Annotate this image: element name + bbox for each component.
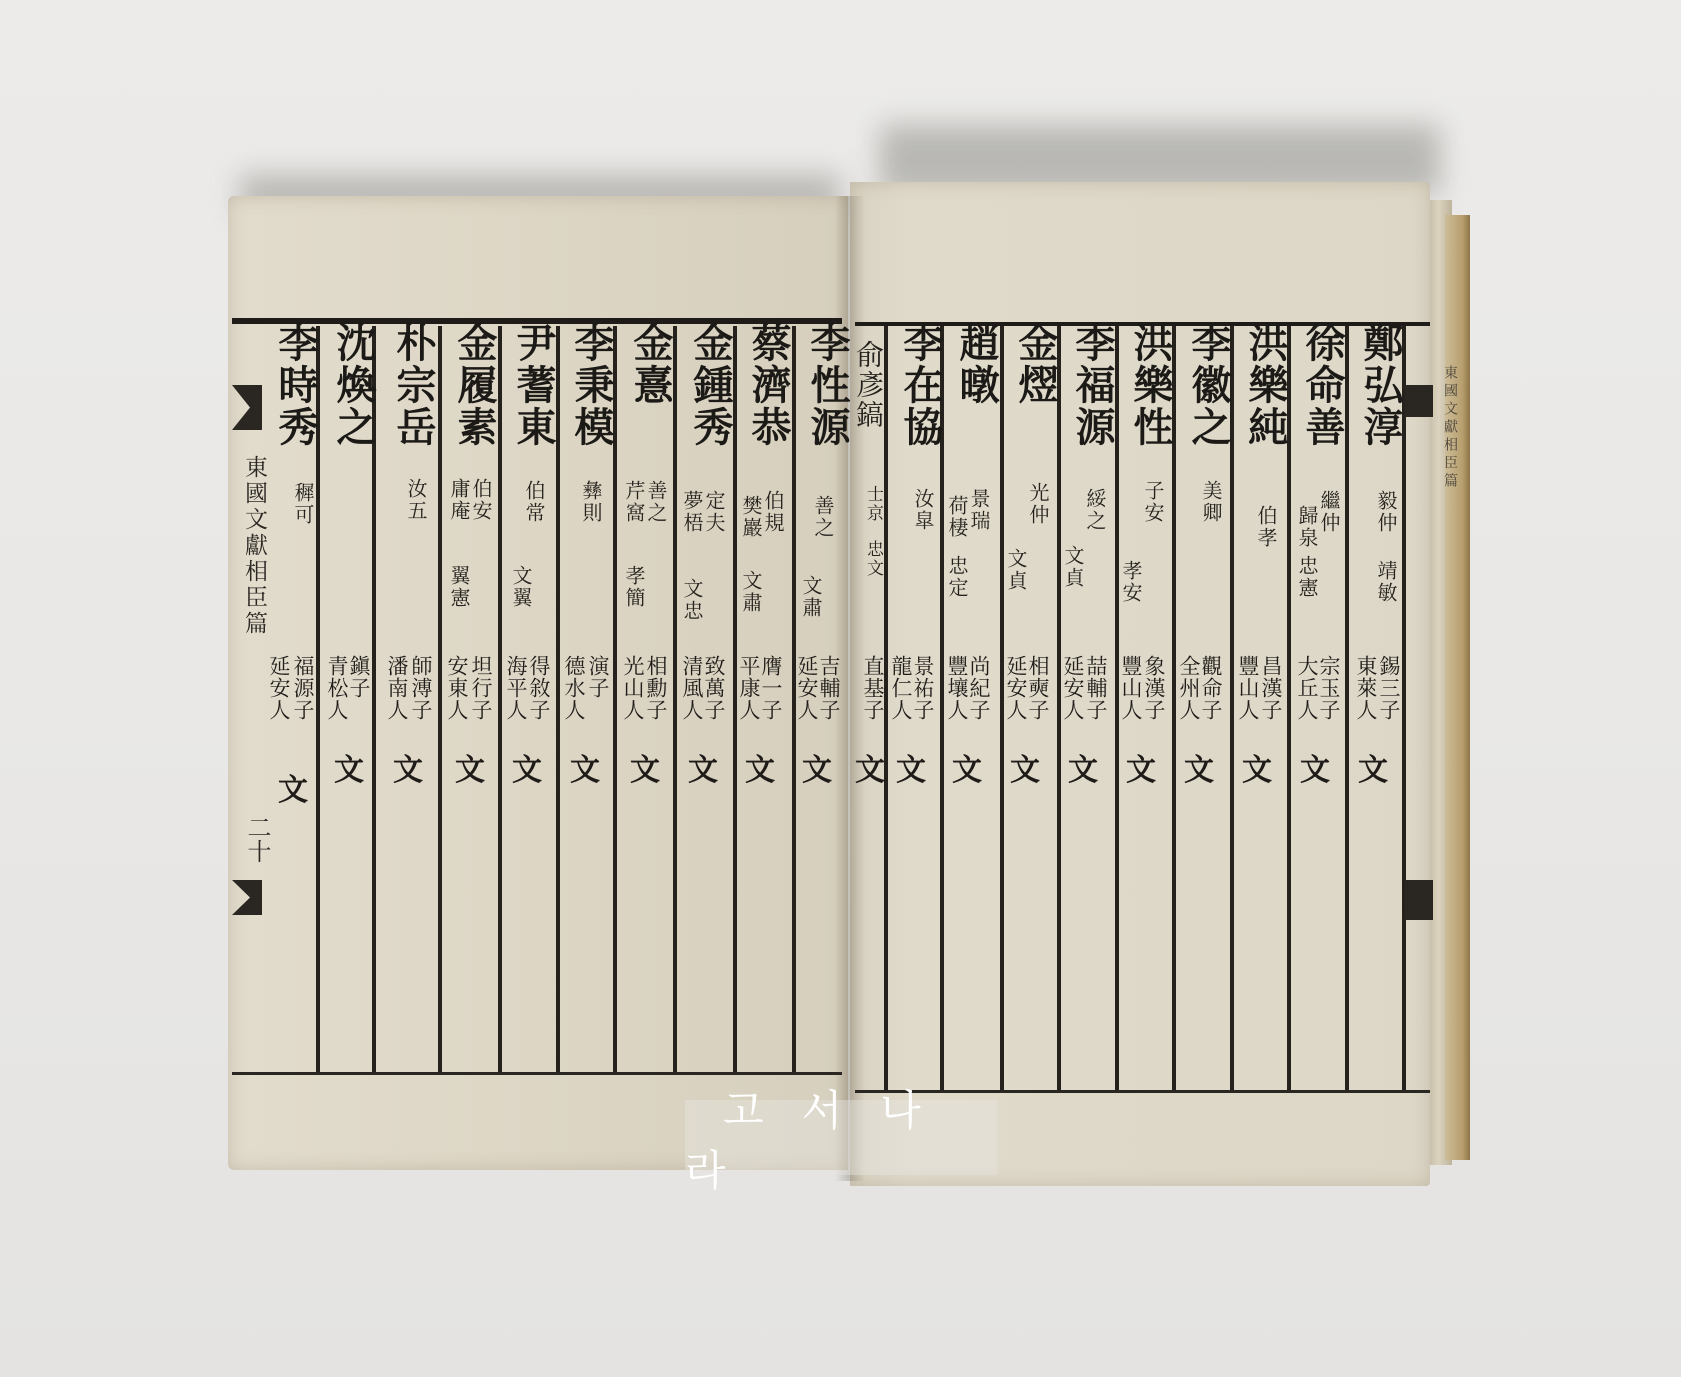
entry-origin: 延安人 <box>268 655 290 721</box>
entry-exam: 文 <box>1068 745 1098 789</box>
entry-note: 尚紀子 <box>968 655 990 721</box>
entry-exam: 文 <box>1242 745 1272 789</box>
entry-courtesy: 彝則 <box>580 480 602 524</box>
entry-pen-name: 樊巖 <box>740 495 762 539</box>
entry-note: 觀命子 <box>1200 655 1222 721</box>
entry-name: 朴宗岳 <box>383 322 441 448</box>
entry-note: 吉輔子 <box>818 655 840 721</box>
entry-origin: 平康人 <box>738 655 760 721</box>
entry-posthumous: 文貞 <box>1005 548 1027 592</box>
entry-note: 膺一子 <box>760 655 782 721</box>
column-rule <box>673 326 677 1072</box>
entry-pen-name: 歸泉 <box>1296 505 1318 549</box>
entry-origin: 延安人 <box>1005 655 1027 721</box>
entry-courtesy: 善之 <box>812 495 834 539</box>
entry-note: 象漢子 <box>1143 655 1165 721</box>
entry-origin: 安東人 <box>446 655 468 721</box>
entry-origin: 全州人 <box>1178 655 1200 721</box>
entry-name: 趙暾 <box>946 322 1004 406</box>
entry-origin: 光山人 <box>622 655 644 721</box>
entry-name: 金鍾秀 <box>680 322 738 448</box>
entry-exam: 文 <box>802 745 832 789</box>
entry-note: 致萬子 <box>703 655 725 721</box>
entry-courtesy: 伯孝 <box>1255 505 1277 549</box>
entry-posthumous: 文忠 <box>681 578 703 622</box>
entry-exam: 文 <box>455 745 485 789</box>
entry-exam: 文 <box>570 745 600 789</box>
entry-courtesy: 善之 <box>645 480 667 524</box>
entry-courtesy: 定夫 <box>703 490 725 534</box>
entry-name: 蔡濟恭 <box>738 322 796 448</box>
entry-name: 李時秀 <box>265 322 323 448</box>
entry-courtesy: 伯安 <box>470 478 492 522</box>
entry-courtesy: 繼仲 <box>1318 490 1340 534</box>
entry-exam: 文 <box>1010 745 1040 789</box>
entry-posthumous: 文肅 <box>800 575 822 619</box>
page-number: 二十 <box>240 815 275 863</box>
entry-exam: 文 <box>512 745 542 789</box>
entry-note: 相勳子 <box>645 655 667 721</box>
entry-posthumous: 文肅 <box>740 570 762 614</box>
entry-posthumous: 忠憲 <box>1296 555 1318 599</box>
watermark: 고서나라 <box>685 1100 997 1175</box>
entry-note: 直基子 <box>862 655 884 721</box>
entry-origin: 青松人 <box>326 655 348 721</box>
entry-origin: 豐山人 <box>1237 655 1259 721</box>
entry-exam: 文 <box>630 745 660 789</box>
entry-posthumous: 翼憲 <box>448 565 470 609</box>
entry-exam: 文 <box>278 765 308 809</box>
entry-posthumous: 靖敏 <box>1375 560 1397 604</box>
entry-courtesy: 美卿 <box>1200 480 1222 524</box>
entry-posthumous: 孝簡 <box>623 565 645 609</box>
entry-courtesy: 毅仲 <box>1375 490 1397 534</box>
entry-origin: 豐壤人 <box>946 655 968 721</box>
entry-name: 沈煥之 <box>323 322 381 448</box>
entry-courtesy: 士京 <box>862 485 884 523</box>
entry-pen-name: 夢梧 <box>681 490 703 534</box>
entry-origin: 延安人 <box>1062 655 1084 721</box>
entry-courtesy: 子安 <box>1142 480 1164 524</box>
entry-name: 尹蓍東 <box>503 322 561 448</box>
entry-name: 李性源 <box>797 322 855 448</box>
entry-origin: 東萊人 <box>1355 655 1377 721</box>
entry-note: 鎭子 <box>348 655 370 699</box>
entry-exam: 文 <box>745 745 775 789</box>
entry-courtesy: 汝五 <box>405 478 427 522</box>
entry-note: 相奭子 <box>1027 655 1049 721</box>
entry-posthumous: 文貞 <box>1062 545 1084 589</box>
entry-note: 得敘子 <box>528 655 550 721</box>
entry-courtesy: 穉可 <box>292 482 314 526</box>
entry-origin: 德水人 <box>563 655 585 721</box>
entry-exam: 文 <box>334 745 364 789</box>
entry-name-partial: 俞彥鎬 <box>852 340 884 430</box>
entry-exam: 文 <box>1126 745 1156 789</box>
entry-exam: 文 <box>1358 745 1388 789</box>
entry-courtesy: 伯常 <box>523 480 545 524</box>
entry-name: 李福源 <box>1062 322 1120 448</box>
entry-origin: 延安人 <box>796 655 818 721</box>
entry-courtesy: 綏之 <box>1084 488 1106 532</box>
entry-posthumous: 忠文 <box>862 540 884 578</box>
entry-courtesy: 汝皐 <box>912 488 934 532</box>
entry-name: 李徽之 <box>1178 322 1236 448</box>
entry-pen-name: 荷棲 <box>946 495 968 539</box>
entry-origin: 潘南人 <box>386 655 408 721</box>
entry-exam: 文 <box>1184 745 1214 789</box>
book-cover-edge <box>1445 215 1470 1160</box>
center-title: 東國文獻相臣篇 <box>238 455 271 637</box>
entry-exam: 文 <box>688 745 718 789</box>
entry-origin: 龍仁人 <box>890 655 912 721</box>
entry-name: 李秉模 <box>561 322 619 448</box>
entry-exam: 文 <box>952 745 982 789</box>
entry-exam: 文 <box>855 745 885 789</box>
entry-note: 宗玉子 <box>1318 655 1340 721</box>
entry-exam: 文 <box>393 745 423 789</box>
entry-origin: 豐山人 <box>1120 655 1142 721</box>
entry-name: 李在協 <box>890 322 948 448</box>
entry-name: 洪樂純 <box>1235 322 1293 448</box>
entry-posthumous: 文翼 <box>510 565 532 609</box>
fish-tail-right-bottom-icon <box>1405 880 1433 920</box>
entry-note: 福源子 <box>292 655 314 721</box>
entry-name: 金憙 <box>620 322 678 406</box>
entry-pen-name: 芹窩 <box>623 480 645 524</box>
entry-name: 金履素 <box>444 322 502 448</box>
entry-note: 喆輔子 <box>1085 655 1107 721</box>
entry-exam: 文 <box>1300 745 1330 789</box>
entry-name: 鄭弘淳 <box>1350 322 1408 448</box>
right-margin-title: 東國文獻相臣篇 <box>1440 365 1460 491</box>
entry-origin: 清風人 <box>681 655 703 721</box>
entry-courtesy: 光仲 <box>1027 482 1049 526</box>
entry-name: 金熤 <box>1005 322 1063 406</box>
entry-posthumous: 孝安 <box>1120 560 1142 604</box>
entry-note: 演子 <box>587 655 609 699</box>
entry-posthumous: 忠定 <box>946 555 968 599</box>
entry-courtesy: 伯規 <box>762 490 784 534</box>
entry-note: 錫三子 <box>1378 655 1400 721</box>
entry-courtesy: 景瑞 <box>968 488 990 532</box>
entry-origin: 海平人 <box>505 655 527 721</box>
entry-pen-name: 庸庵 <box>448 478 470 522</box>
entry-note: 坦行子 <box>470 655 492 721</box>
entry-name: 徐命善 <box>1292 322 1350 448</box>
entry-note: 師溥子 <box>410 655 432 721</box>
entry-name: 洪樂性 <box>1120 322 1178 448</box>
frame-bottom-left <box>232 1072 842 1075</box>
entry-note: 景祐子 <box>912 655 934 721</box>
fish-tail-right-top-icon <box>1405 385 1433 417</box>
entry-exam: 文 <box>896 745 926 789</box>
entry-origin: 大丘人 <box>1296 655 1318 721</box>
entry-note: 昌漢子 <box>1260 655 1282 721</box>
